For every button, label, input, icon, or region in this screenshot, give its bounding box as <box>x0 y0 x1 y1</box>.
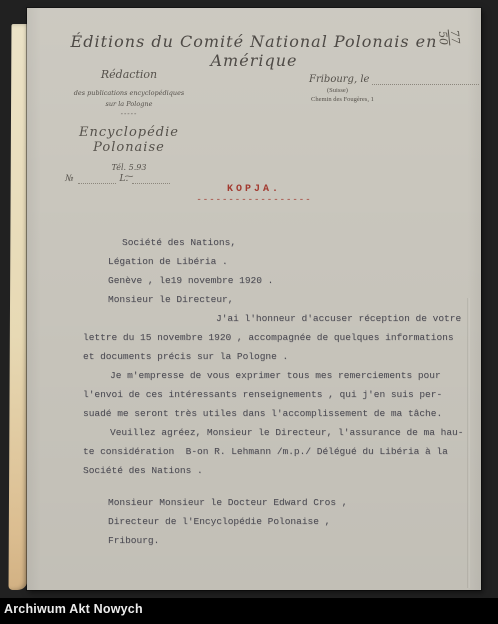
letterhead-right-column: Fribourg, le (Suisse) Chemin des Fougère… <box>309 74 479 103</box>
scanned-document: 77 50 Éditions du Comité National Polona… <box>0 0 498 624</box>
letter-line: Je m'empresse de vous exprimer tous mes … <box>110 366 473 385</box>
letterhead-subline-2: sur la Pologne <box>49 99 209 110</box>
archive-footer-bar: Archiwum Akt Nowych <box>0 598 498 624</box>
letter-line: J'ai l'honneur d'accuser réception de vo… <box>216 309 473 328</box>
numero-label: № <box>65 174 74 184</box>
copy-stamp: KOPJA. ------------------ <box>184 184 324 205</box>
l-label: L. <box>120 174 129 184</box>
letter-line-date: Genève , le19 novembre 1920 . <box>108 271 473 290</box>
letterhead-encyclopedie: Encyclopédie Polonaise <box>49 125 209 155</box>
copy-stamp-label: KOPJA. <box>184 184 324 195</box>
letter-line: Veuillez agréez, Monsieur le Directeur, … <box>110 423 473 442</box>
letterhead-redaction: Rédaction <box>49 68 209 81</box>
letterhead-address: Chemin des Fougères, 1 <box>311 96 479 103</box>
letter-page: 77 50 Éditions du Comité National Polona… <box>27 8 481 590</box>
letter-line: et documents précis sur la Pologne . <box>83 347 473 366</box>
letterhead-subline-1: des publications encyclopédiques <box>49 88 209 99</box>
letterhead-left-column: Rédaction des publications encyclopédiqu… <box>49 68 209 182</box>
letter-line-recipient-city: Fribourg. <box>108 531 473 550</box>
letterhead-country: (Suisse) <box>327 87 479 94</box>
letterhead-reference-line: № L. <box>65 174 235 184</box>
letterhead-telephone: Tél. 5.93 <box>49 163 209 172</box>
letterhead-divider: ----- <box>49 110 209 118</box>
letter-line-recipient-title: Directeur de l'Encyclopédie Polonaise , <box>108 512 473 531</box>
letter-line-salutation: Monsieur le Directeur, <box>108 290 473 309</box>
letter-line: Société des Nations . <box>83 461 473 480</box>
copy-stamp-underline: ------------------ <box>184 196 324 205</box>
letter-line: l'envoi de ces intéressants renseignemen… <box>83 385 473 404</box>
typewritten-letter-body: Société des Nations, Légation de Libéria… <box>83 233 473 550</box>
l-dotted-rule <box>132 174 170 184</box>
letter-line: suadé me seront très utiles dans l'accom… <box>83 404 473 423</box>
date-dotted-rule <box>372 74 479 85</box>
letter-line: Société des Nations, <box>122 233 473 252</box>
letterhead-title: Éditions du Comité National Polonais en … <box>27 32 481 70</box>
paragraph-gap <box>83 480 473 493</box>
letter-line: Légation de Libéria . <box>108 252 473 271</box>
letter-line-recipient: Monsieur Monsieur le Docteur Edward Cros… <box>108 493 473 512</box>
letterhead-city-line: Fribourg, le <box>309 74 479 85</box>
archive-name: Archiwum Akt Nowych <box>4 602 143 616</box>
numero-dotted-rule <box>78 174 116 184</box>
letter-line: lettre du 15 novembre 1920 , accompagnée… <box>83 328 473 347</box>
letter-line-signature: te considération B-on R. Lehmann /m.p./ … <box>83 442 473 461</box>
letterhead-city: Fribourg, le <box>309 74 369 85</box>
